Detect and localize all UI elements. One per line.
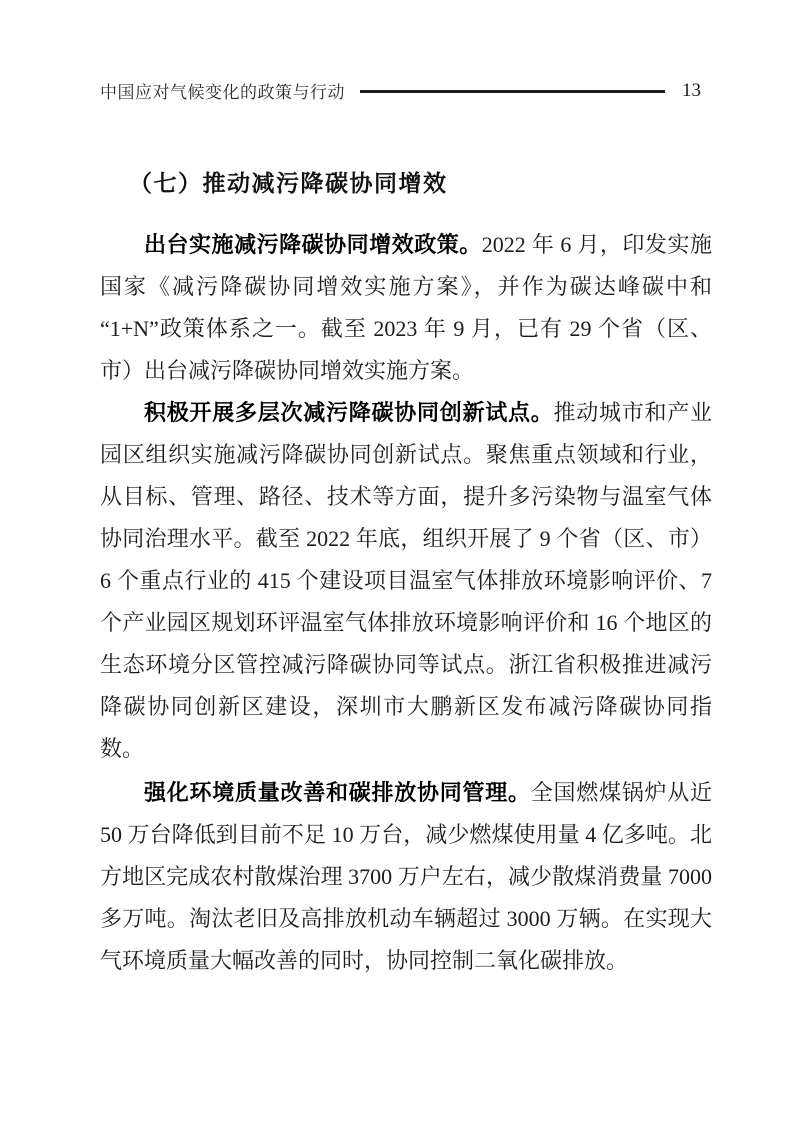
document-page: 中国应对气候变化的政策与行动 13 （七）推动减污降碳协同增效 出台实施减污降碳… — [0, 0, 788, 1124]
page-number: 13 — [682, 80, 701, 102]
paragraph-policy-issue: 出台实施减污降碳协同增效政策。2022 年 6 月，印发实施国家《减污降碳协同增… — [100, 224, 712, 392]
running-header: 中国应对气候变化的政策与行动 13 — [100, 78, 701, 103]
header-rule — [360, 90, 665, 93]
paragraph-pilot-projects: 积极开展多层次减污降碳协同创新试点。推动城市和产业园区组织实施减污降碳协同创新试… — [100, 392, 712, 770]
paragraph-body: 全国燃煤锅炉从近 50 万台降低到目前不足 10 万台，减少燃煤使用量 4 亿多… — [100, 780, 712, 973]
paragraph-lead: 强化环境质量改善和碳排放协同管理。 — [144, 780, 531, 805]
section-heading: （七）推动减污降碳协同增效 — [129, 165, 448, 198]
paragraph-lead: 积极开展多层次减污降碳协同创新试点。 — [144, 400, 553, 425]
paragraph-body: 推动城市和产业园区组织实施减污降碳协同创新试点。聚焦重点领域和行业，从目标、管理… — [100, 400, 712, 761]
paragraph-environment-quality: 强化环境质量改善和碳排放协同管理。全国燃煤锅炉从近 50 万台降低到目前不足 1… — [100, 772, 712, 982]
running-header-title: 中国应对气候变化的政策与行动 — [100, 78, 345, 103]
paragraph-lead: 出台实施减污降碳协同增效政策。 — [144, 232, 482, 257]
